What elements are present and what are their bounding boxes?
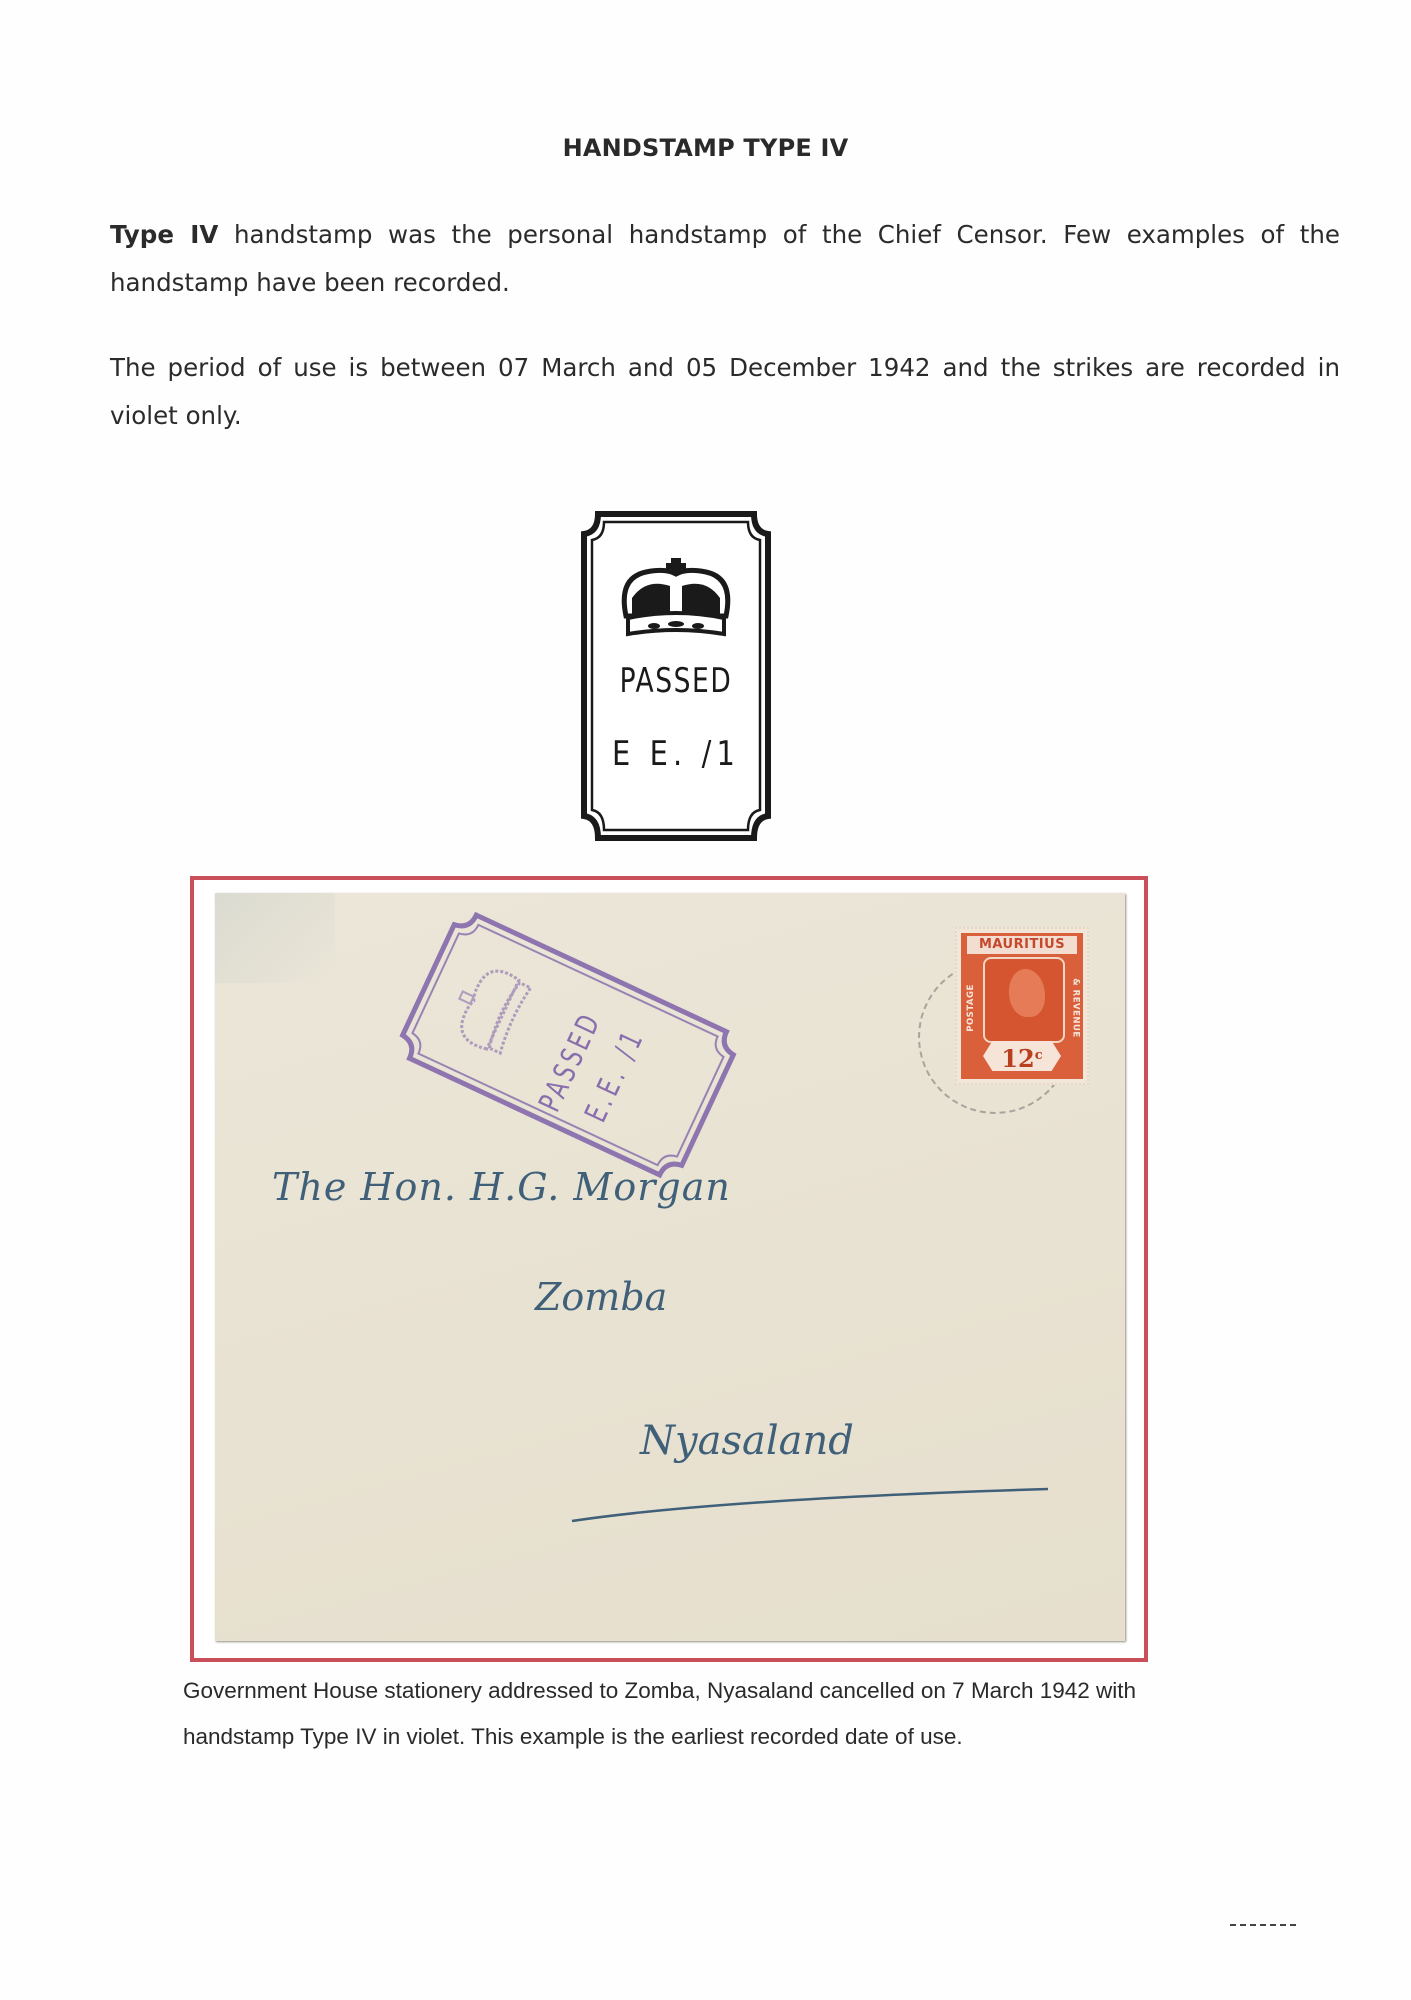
reference-passed-text: PASSED (600, 661, 753, 701)
type-label: Type IV (110, 220, 218, 249)
address-country: Nyasaland (640, 1418, 854, 1464)
address-addressee: The Hon. H.G. Morgan (272, 1165, 731, 1209)
postage-stamp: MAURITIUS POSTAGE & REVENUE 12c (955, 927, 1089, 1085)
stamp-value: 12c (983, 1041, 1061, 1071)
description-paragraph: Type IV handstamp was the personal hands… (110, 211, 1340, 307)
description-text: handstamp was the personal handstamp of … (110, 220, 1340, 297)
reference-censor-code: E E. /1 (593, 734, 760, 774)
album-page: HANDSTAMP TYPE IV Type IV handstamp was … (0, 0, 1411, 2000)
cover-caption: Government House stationery addressed to… (183, 1668, 1183, 1760)
period-paragraph: The period of use is between 07 March an… (110, 344, 1340, 440)
address-underline (570, 1485, 1050, 1525)
crown-icon (444, 960, 532, 1057)
page-title: HANDSTAMP TYPE IV (0, 134, 1411, 162)
stamp-right-label: & REVENUE (1070, 978, 1080, 1037)
stamp-left-label: POSTAGE (966, 984, 976, 1032)
reference-handstamp: PASSED E E. /1 (578, 508, 774, 844)
footer-dashes (1230, 1924, 1296, 1926)
stamp-country: MAURITIUS (967, 936, 1077, 954)
address-town: Zomba (535, 1275, 667, 1319)
king-portrait-icon (983, 957, 1065, 1043)
